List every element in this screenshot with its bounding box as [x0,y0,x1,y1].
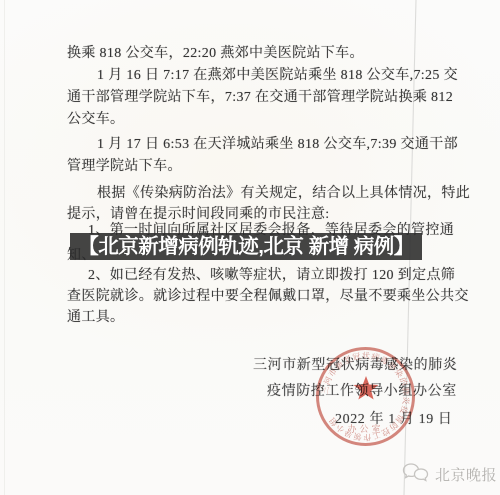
speech-bubbles-logo-icon [402,461,432,487]
doc-line: 1 月 16 日 7:17 在燕郊中美医院站乘坐 818 公交车,7:25 交 [97,64,458,84]
document-photo: 换乘 818 公交车，22:20 燕郊中美医院站下车。 1 月 16 日 7:1… [0,0,500,495]
doc-line: 查医院就诊。就诊过程中要全程佩戴口罩，尽量不要乘坐公共交 [67,285,469,305]
doc-line: 通工具。 [67,306,124,326]
publisher-watermark: 北京晚报 [402,461,497,487]
doc-line: 公交车。 [67,108,124,128]
doc-line: 1 月 17 日 6:53 在天洋城站乘坐 818 公交车,7:39 交通干部 [97,133,458,153]
doc-line: 根据《传染病防治法》有关规定，结合以上具体情况，特此 [97,182,470,202]
doc-line: 2、如已经有发热、咳嗽等症状，请立即拨打 120 到定点筛 [88,264,455,284]
seal-bottom-text: 办公室 [347,423,383,434]
paper-edge [4,0,5,495]
doc-line: 换乘 818 公交车，22:20 燕郊中美医院站下车。 [67,42,364,62]
watermark-label: 北京晚报 [435,464,497,485]
doc-line: 通干部管理学院站下车，7:37 在交通干部管理学院站换乘 812 [67,86,453,106]
headline-overlay-banner: 【北京新增病例轨迹,北京 新增 病例】 [70,233,422,260]
doc-line: 管理学院站下车。 [67,155,182,175]
official-seal: 三河市新型冠状病毒感染的肺炎疫情防控工作领导小组 办公室 [313,344,418,449]
seal-star-icon [354,376,379,400]
